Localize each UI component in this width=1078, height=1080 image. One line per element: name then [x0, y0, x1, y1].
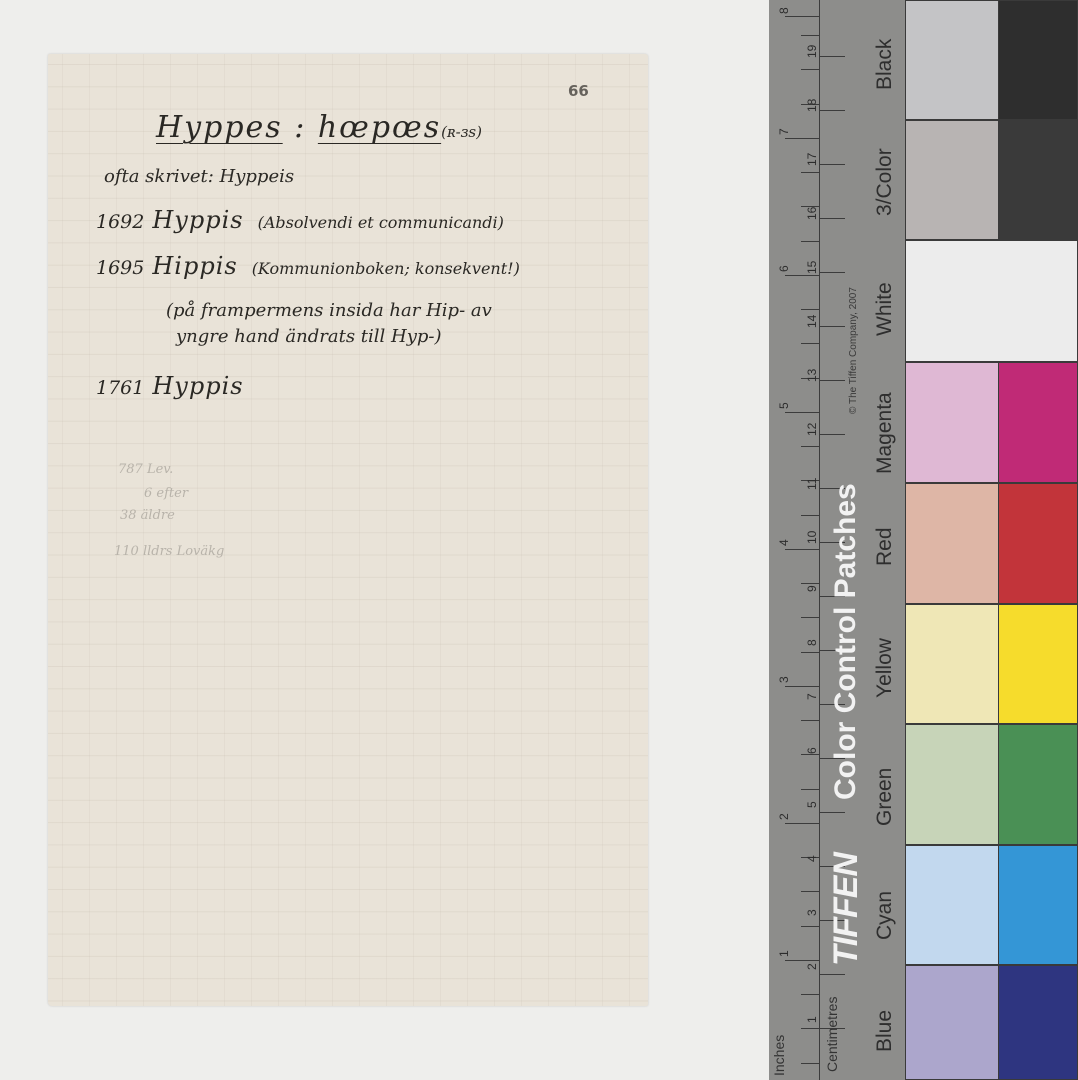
- remark-line: (på frampermens insida har Hip- av: [166, 300, 492, 321]
- entry-name: Hyppis: [152, 372, 243, 400]
- entry-note: (Absolvendi et communicandi): [258, 213, 504, 232]
- inch-minor-tick: [801, 172, 819, 173]
- entry-row: 1761Hyppis: [96, 372, 258, 400]
- cm-number: 5: [805, 801, 819, 808]
- patch-label-yellow: Yellow: [873, 638, 897, 698]
- cm-number: 15: [805, 261, 819, 274]
- entry-title: Hyppes : hœpœs(ʀ-ɜs): [156, 110, 482, 145]
- cm-tick: [819, 272, 845, 273]
- inch-minor-tick: [801, 69, 819, 70]
- entry-year: 1692: [96, 211, 144, 233]
- title-pronunciation: hœpœs: [318, 110, 441, 145]
- patch-black-light: [905, 0, 999, 120]
- entry-note: (Kommunionboken; konsekvent!): [252, 259, 520, 278]
- cm-number: 14: [805, 315, 819, 328]
- cm-number: 8: [805, 639, 819, 646]
- inch-minor-tick: [801, 891, 819, 892]
- inch-tick: [785, 412, 819, 413]
- manuscript-page: 66 Hyppes : hœpœs(ʀ-ɜs) ofta skrivet: Hy…: [48, 54, 648, 1006]
- cm-tick: [819, 56, 845, 57]
- inch-minor-tick: [801, 652, 819, 653]
- pencil-note: 38 äldre: [120, 508, 175, 523]
- inch-minor-tick: [801, 994, 819, 995]
- cm-number: 18: [805, 99, 819, 112]
- entry-name: Hyppis: [152, 206, 243, 234]
- inch-tick: [785, 823, 819, 824]
- cm-number: 13: [805, 369, 819, 382]
- cm-tick: [819, 812, 845, 813]
- entry-subtitle: ofta skrivet: Hyppeis: [104, 166, 294, 187]
- inch-minor-tick: [801, 241, 819, 242]
- inch-tick: [785, 549, 819, 550]
- title-pronunciation-note: (ʀ-ɜs): [441, 123, 482, 141]
- inch-minor-tick: [801, 789, 819, 790]
- patch-label-3color: 3/Color: [873, 148, 897, 216]
- patch-cyan-dark: [998, 845, 1078, 965]
- ruler-axis: [819, 0, 820, 1080]
- page-number: 66: [568, 82, 589, 100]
- inch-number: 4: [777, 539, 791, 546]
- patch-label-red: Red: [873, 527, 897, 566]
- entry-row: 1695Hippis(Kommunionboken; konsekvent!): [96, 252, 520, 280]
- patch-yellow-dark: [998, 604, 1078, 724]
- inch-minor-tick: [801, 926, 819, 927]
- inch-tick: [785, 16, 819, 17]
- patch-black-dark: [998, 0, 1078, 120]
- inch-tick: [785, 138, 819, 139]
- patch-magenta-light: [905, 362, 999, 483]
- cm-number: 3: [805, 909, 819, 916]
- inch-number: 8: [777, 7, 791, 14]
- inches-label: Inches: [771, 1035, 787, 1076]
- patch-green-light: [905, 724, 999, 845]
- patch-blue-dark: [998, 965, 1078, 1080]
- pencil-note: 6 efter: [144, 486, 188, 501]
- inch-minor-tick: [801, 343, 819, 344]
- inch-tick: [785, 960, 819, 961]
- cm-tick: [819, 434, 845, 435]
- chart-title: Color Control Patches: [829, 483, 863, 800]
- copyright-text: © The Tiffen Company, 2007: [848, 287, 859, 414]
- inch-number: 1: [777, 950, 791, 957]
- inch-minor-tick: [801, 1063, 819, 1064]
- cm-number: 1: [805, 1016, 819, 1023]
- patch-white: [905, 240, 1078, 362]
- color-control-chart: 1 2 3 4 5 6 7 8 1 2 3 4 5 6 7 8: [769, 0, 1078, 1080]
- patch-label-blue: Blue: [873, 1010, 897, 1052]
- patch-yellow-light: [905, 604, 999, 724]
- cm-tick: [819, 380, 845, 381]
- inch-tick: [785, 275, 819, 276]
- patch-3color-light: [905, 120, 999, 240]
- inch-number: 6: [777, 265, 791, 272]
- patch-label-magenta: Magenta: [873, 392, 897, 474]
- inch-minor-tick: [801, 720, 819, 721]
- pencil-note: 787 Lev.: [118, 462, 173, 477]
- entry-row: 1692Hyppis(Absolvendi et communicandi): [96, 206, 504, 234]
- inch-number: 2: [777, 813, 791, 820]
- color-patches: [905, 0, 1078, 1080]
- patch-label-cyan: Cyan: [873, 891, 897, 940]
- entry-year: 1695: [96, 257, 144, 279]
- cm-number: 2: [805, 963, 819, 970]
- cm-tick: [819, 326, 845, 327]
- cm-tick: [819, 974, 845, 975]
- patch-blue-light: [905, 965, 999, 1080]
- inch-minor-tick: [801, 446, 819, 447]
- title-separator: :: [283, 110, 318, 145]
- patch-cyan-light: [905, 845, 999, 965]
- cm-number: 11: [805, 478, 819, 490]
- inch-minor-tick: [801, 515, 819, 516]
- patch-red-light: [905, 483, 999, 604]
- inch-number: 5: [777, 402, 791, 409]
- entry-name: Hippis: [152, 252, 237, 280]
- centimetres-label: Centimetres: [824, 997, 840, 1072]
- patch-label-green: Green: [873, 768, 897, 826]
- remark-line: yngre hand ändrats till Hyp-): [176, 326, 442, 347]
- cm-number: 16: [805, 207, 819, 220]
- patch-3color-dark: [998, 120, 1078, 240]
- inch-minor-tick: [801, 1028, 819, 1029]
- pencil-note: 110 lldrs Loväkg: [114, 544, 224, 559]
- inch-minor-tick: [801, 309, 819, 310]
- patch-red-dark: [998, 483, 1078, 604]
- cm-number: 7: [805, 693, 819, 700]
- patch-label-black: Black: [873, 39, 897, 90]
- cm-number: 10: [805, 531, 819, 544]
- inch-number: 3: [777, 676, 791, 683]
- inch-minor-tick: [801, 754, 819, 755]
- inch-minor-tick: [801, 583, 819, 584]
- cm-tick: [819, 218, 845, 219]
- cm-number: 4: [805, 855, 819, 862]
- tiffen-logo: TIFFEN: [827, 853, 866, 966]
- cm-number: 19: [805, 45, 819, 58]
- inch-tick: [785, 686, 819, 687]
- ruler: 1 2 3 4 5 6 7 8 1 2 3 4 5 6 7 8: [769, 0, 906, 1080]
- cm-number: 9: [805, 585, 819, 592]
- cm-number: 17: [805, 153, 819, 166]
- cm-number: 6: [805, 747, 819, 754]
- patch-green-dark: [998, 724, 1078, 845]
- inch-minor-tick: [801, 35, 819, 36]
- cm-tick: [819, 110, 845, 111]
- title-word: Hyppes: [156, 110, 283, 145]
- cm-tick: [819, 164, 845, 165]
- entry-year: 1761: [96, 377, 144, 399]
- cm-number: 12: [805, 423, 819, 436]
- patch-label-white: White: [873, 282, 897, 336]
- inch-minor-tick: [801, 617, 819, 618]
- patch-magenta-dark: [998, 362, 1078, 483]
- inch-number: 7: [777, 128, 791, 135]
